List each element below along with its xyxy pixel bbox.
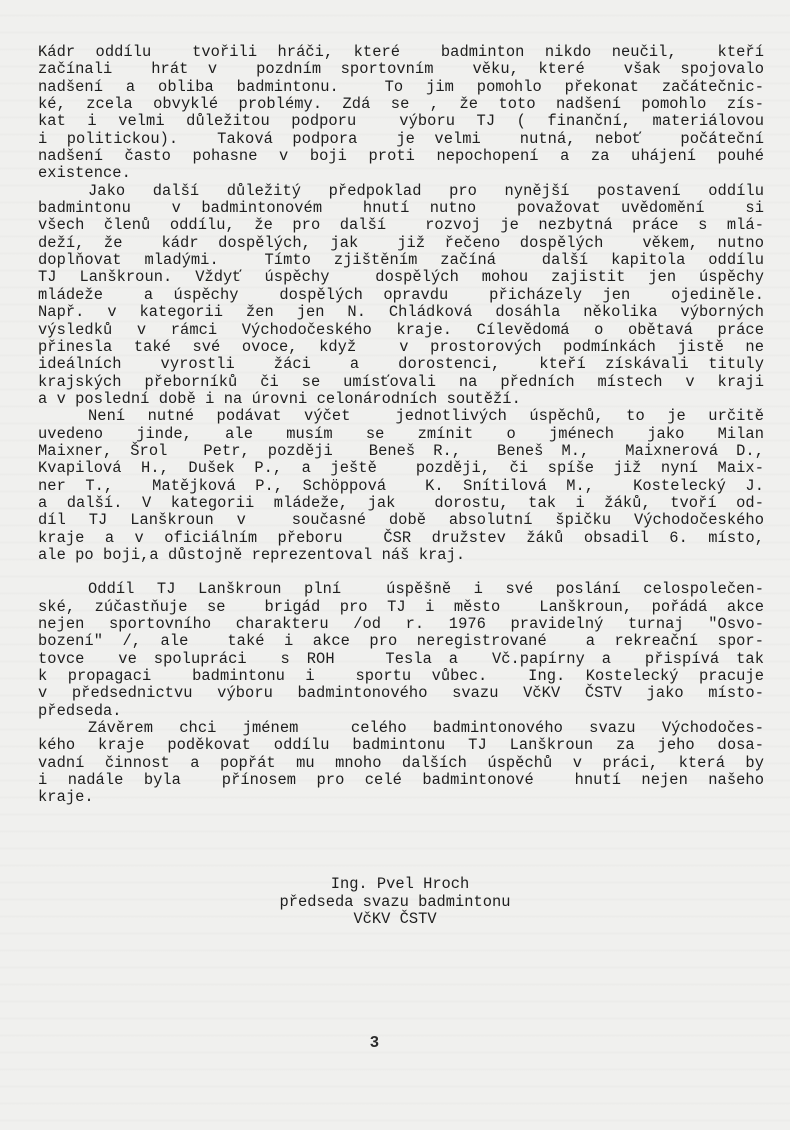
signature-organization: VčKV ČSTV [0, 911, 790, 929]
text-line: nadšení a obliba badmintonu. To jim pomo… [38, 79, 764, 96]
text-line: výsledků v rámci Východočeského kraje. C… [38, 322, 764, 339]
text-line: i politickou). Taková podpora je velmi n… [38, 131, 764, 148]
text-line: doplňovat mladými. Tímto zjištěním začín… [38, 252, 764, 269]
text-line: Není nutné podávat výčet jednotlivých ús… [38, 408, 764, 425]
text-line: TJ Lanškroun. Vždyť úspěchy dospělých mo… [38, 269, 764, 286]
paragraph: Oddíl TJ Lanškroun plní úspěšně i své po… [38, 581, 764, 720]
text-line: tovce ve spolupráci s ROH Tesla a Vč.pap… [38, 651, 764, 668]
text-line: kého kraje poděkovat oddílu badmintonu T… [38, 737, 764, 754]
text-line: všech členů oddílu, že pro další rozvoj … [38, 217, 764, 234]
signature-block: Ing. Pvel Hroch předseda svazu badminton… [0, 876, 790, 929]
text-line: vadní činnost a popřát mu mnoho dalších … [38, 755, 764, 772]
text-line: ské, zúčastňuje se brigád pro TJ i město… [38, 599, 764, 616]
text-line: uvedeno jinde, ale musím se zmínit o jmé… [38, 426, 764, 443]
document-body: Kádr oddílu tvořili hráči, které badmint… [38, 44, 764, 807]
text-line: v předsednictvu výboru badmintonového sv… [38, 685, 764, 702]
text-line: Oddíl TJ Lanškroun plní úspěšně i své po… [38, 581, 764, 598]
text-line: předseda. [38, 703, 764, 720]
text-line: kraje. [38, 789, 764, 806]
text-line: mládeže a úspěchy dospělých opravdu přic… [38, 287, 764, 304]
text-line: ké, zcela obvyklé problémy. Zdá se , že … [38, 96, 764, 113]
paragraph: Jako další důležitý předpoklad pro nyněj… [38, 183, 764, 408]
text-line: Kvapilová H., Dušek P., a ještě později,… [38, 460, 764, 477]
page-number: 3 [370, 1034, 379, 1052]
text-line: bození" /, ale také i akce pro neregistr… [38, 633, 764, 650]
text-line: kat i velmi důležitou podporu výboru TJ … [38, 113, 764, 130]
signature-title: předseda svazu badmintonu [0, 894, 790, 912]
text-line: ideálních vyrostli žáci a dorostenci, kt… [38, 356, 764, 373]
signature-name: Ing. Pvel Hroch [0, 876, 790, 894]
text-line: přinesla také své ovoce, když v prostoro… [38, 339, 764, 356]
paragraph: Není nutné podávat výčet jednotlivých ús… [38, 408, 764, 564]
text-line: kraje a v oficiálním přeboru ČSR družste… [38, 530, 764, 547]
text-line: Závěrem chci jménem celého badmintonovéh… [38, 720, 764, 737]
text-line: ale po boji,a důstojně reprezentoval náš… [38, 547, 764, 564]
text-line: existence. [38, 165, 764, 182]
text-line: Jako další důležitý předpoklad pro nyněj… [38, 183, 764, 200]
text-line: k propagaci badmintonu i sportu vůbec. I… [38, 668, 764, 685]
text-line: Maixner, Šrol Petr, později Beneš R., Be… [38, 443, 764, 460]
text-line: nejen sportovního charakteru /od r. 1976… [38, 616, 764, 633]
text-line: a další. V kategorii mládeže, jak dorost… [38, 495, 764, 512]
text-line: ner T., Matějková P., Schöppová K. Sníti… [38, 478, 764, 495]
text-line: Např. v kategorii žen jen N. Chládková d… [38, 304, 764, 321]
text-line: krajských přeborníků či se umísťovali na… [38, 374, 764, 391]
paragraph-gap [38, 564, 764, 581]
text-line: badmintonu v badmintonovém hnutí nutno p… [38, 200, 764, 217]
text-line: nadšení často pohasne v boji proti nepoc… [38, 148, 764, 165]
text-line: Kádr oddílu tvořili hráči, které badmint… [38, 44, 764, 61]
text-line: začínali hrát v pozdním sportovním věku,… [38, 61, 764, 78]
paragraph: Závěrem chci jménem celého badmintonovéh… [38, 720, 764, 807]
text-line: deží, že kádr dospělých, jak již řečeno … [38, 235, 764, 252]
text-line: i nadále byla přínosem pro celé badminto… [38, 772, 764, 789]
text-line: a v poslední době i na úrovni celonárodn… [38, 391, 764, 408]
paragraph: Kádr oddílu tvořili hráči, které badmint… [38, 44, 764, 183]
text-line: díl TJ Lanškroun v současné době absolut… [38, 512, 764, 529]
